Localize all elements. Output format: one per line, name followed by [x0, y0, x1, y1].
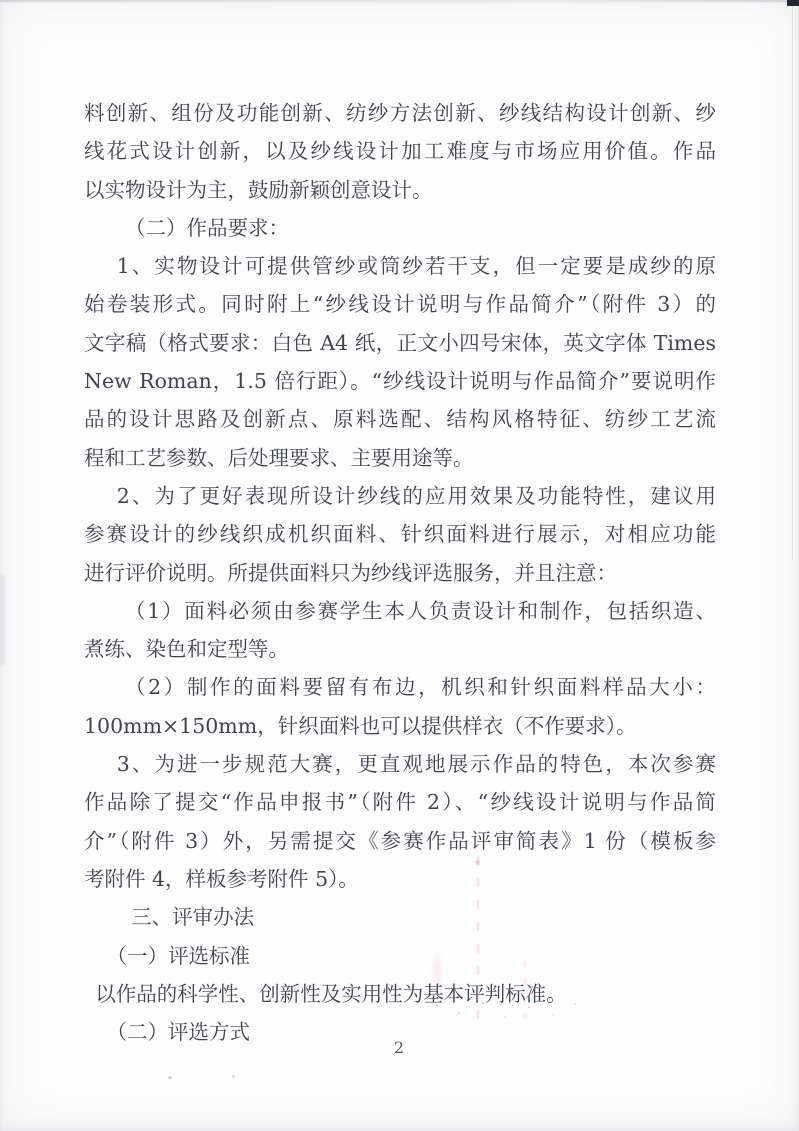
- paragraph: 以作品的科学性、创新性及实用性为基本评判标准。: [84, 975, 716, 1013]
- text-line: 100mm×150mm，针织面料也可以提供样衣（不作要求）。: [84, 707, 716, 745]
- text-line: 料创新、组份及功能创新、纺纱方法创新、纱线结构设计创新、纱: [84, 94, 716, 132]
- text-line: 1、实物设计可提供管纱或筒纱若干支，但一定要是成纱的原: [84, 247, 716, 285]
- text-line: （1）面料必须由参赛学生本人负责设计和制作，包括织造、: [84, 592, 716, 630]
- text-line: 线花式设计创新，以及纱线设计加工难度与市场应用价值。作品: [84, 132, 716, 170]
- text-line: （一）评选标准: [84, 937, 716, 975]
- page-number: 2: [0, 1038, 799, 1057]
- paragraph: 三、评审办法: [84, 898, 716, 936]
- text-line: 程和工艺参数、后处理要求、主要用途等。: [84, 439, 716, 477]
- text-line: 参赛设计的纱线织成机织面料、针织面料进行展示，对相应功能: [84, 515, 716, 553]
- paragraph: （2）制作的面料要留有布边，机织和针织面料样品大小：100mm×150mm，针织…: [84, 668, 716, 745]
- scan-top-edge-shadow: [0, 0, 799, 2]
- text-line: （二）作品要求：: [84, 209, 716, 247]
- text-line: 始卷装形式。同时附上“纱线设计说明与作品简介”（附件 3）的: [84, 285, 716, 323]
- text-line: New Roman，1.5 倍行距）。“纱线设计说明与作品简介”要说明作: [84, 362, 716, 400]
- text-line: （2）制作的面料要留有布边，机织和针织面料样品大小：: [84, 668, 716, 706]
- text-line: 以实物设计为主，鼓励新颖创意设计。: [84, 171, 716, 209]
- text-line: 作品除了提交“作品申报书”（附件 2）、“纱线设计说明与作品简: [84, 783, 716, 821]
- text-line: 考附件 4，样板参考附件 5）。: [84, 860, 716, 898]
- scanned-document-page: 料创新、组份及功能创新、纺纱方法创新、纱线结构设计创新、纱线花式设计创新，以及纱…: [0, 0, 799, 1131]
- paragraph: 1、实物设计可提供管纱或筒纱若干支，但一定要是成纱的原始卷装形式。同时附上“纱线…: [84, 247, 716, 477]
- text-line: 2、为了更好表现所设计纱线的应用效果及功能特性，建议用: [84, 477, 716, 515]
- paragraph: 3、为进一步规范大赛，更直观地展示作品的特色，本次参赛作品除了提交“作品申报书”…: [84, 745, 716, 898]
- paragraph: 2、为了更好表现所设计纱线的应用效果及功能特性，建议用参赛设计的纱线织成机织面料…: [84, 477, 716, 592]
- text-line: 以作品的科学性、创新性及实用性为基本评判标准。: [84, 975, 716, 1013]
- text-line: 介”（附件 3）外，另需提交《参赛作品评审简表》1 份（模板参: [84, 822, 716, 860]
- text-line: 三、评审办法: [84, 898, 716, 936]
- text-line: 煮练、染色和定型等。: [84, 630, 716, 668]
- text-line: 进行评价说明。所提供面料只为纱线评选服务，并且注意：: [84, 554, 716, 592]
- scan-speck: [232, 1075, 235, 1078]
- scan-speck: [168, 1076, 172, 1079]
- text-line: 3、为进一步规范大赛，更直观地展示作品的特色，本次参赛: [84, 745, 716, 783]
- text-line: 品的设计思路及创新点、原料选配、结构风格特征、纺纱工艺流: [84, 400, 716, 438]
- paragraph: （1）面料必须由参赛学生本人负责设计和制作，包括织造、煮练、染色和定型等。: [84, 592, 716, 669]
- paragraph: 料创新、组份及功能创新、纺纱方法创新、纱线结构设计创新、纱线花式设计创新，以及纱…: [84, 94, 716, 209]
- scan-corner-mark: [787, 0, 799, 6]
- paragraph: （一）评选标准: [84, 937, 716, 975]
- paragraph: （二）作品要求：: [84, 209, 716, 247]
- text-line: 文字稿（格式要求：白色 A4 纸，正文小四号宋体，英文字体 Times: [84, 324, 716, 362]
- scan-smudge: [0, 575, 5, 665]
- scan-edge-line: [792, 0, 793, 560]
- document-body: 料创新、组份及功能创新、纺纱方法创新、纱线结构设计创新、纱线花式设计创新，以及纱…: [84, 94, 716, 1051]
